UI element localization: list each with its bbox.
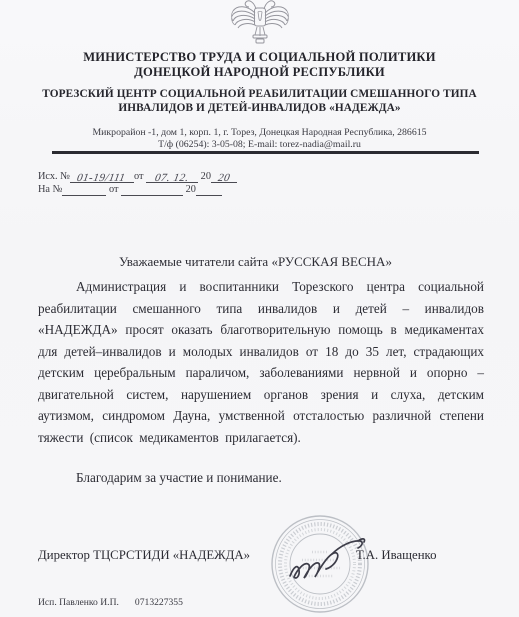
outgoing-from-label: от (134, 171, 144, 182)
executor-line: Исп. Павленко И.П.0713227355 (38, 597, 183, 608)
scanned-letter-page: МИНИСТЕРСТВО ТРУДА И СОЦИАЛЬНОЙ ПОЛИТИКИ… (0, 0, 519, 617)
contacts-line: Т/ф (06254): 3-05-08; E-mail: torez-nadi… (0, 139, 519, 151)
address-line: Микрорайон -1, дом 1, корп. 1, г. Торез,… (0, 127, 519, 139)
address-block: Микрорайон -1, дом 1, корп. 1, г. Торез,… (0, 127, 519, 151)
executor-name: Исп. Павленко И.П. (38, 597, 119, 608)
reference-block: Исх. №01-19/111от 07. 12. 2020 На № от 2… (38, 170, 237, 196)
outgoing-ref-number-handwritten: 01-19/111 (76, 172, 126, 185)
salutation-line: Уважаемые читатели сайта «РУССКАЯ ВЕСНА» (0, 254, 511, 270)
header-divider-rule (52, 151, 479, 154)
incoming-year-printed: 20 (186, 184, 196, 195)
incoming-reference-line: На № от 20 (38, 183, 237, 196)
body-paragraph: Администрация и воспитанники Торезского … (38, 276, 484, 448)
organization-name: ТОРЕЗСКИЙ ЦЕНТР СОЦИАЛЬНОЙ РЕАБИЛИТАЦИИ … (0, 88, 519, 115)
ministry-name-line1: МИНИСТЕРСТВО ТРУДА И СОЦИАЛЬНОЙ ПОЛИТИКИ (0, 50, 519, 65)
outgoing-reference-line: Исх. №01-19/111от 07. 12. 2020 (38, 170, 237, 183)
signer-position-title: Директор ТЦСРСТИДИ «НАДЕЖДА» (38, 548, 250, 563)
executor-phone: 0713227355 (135, 597, 183, 608)
signer-name: Т.А. Иващенко (356, 548, 437, 563)
outgoing-year-printed: 20 (201, 171, 211, 182)
organization-name-line1: ТОРЕЗСКИЙ ЦЕНТР СОЦИАЛЬНОЙ РЕАБИЛИТАЦИИ … (0, 88, 519, 102)
incoming-from-label: от (109, 184, 119, 195)
incoming-ref-label: На № (38, 184, 62, 195)
ministry-name-line2: ДОНЕЦКОЙ НАРОДНОЙ РЕСПУБЛИКИ (0, 65, 519, 80)
thanks-line: Благодарим за участие и понимание. (38, 470, 484, 486)
outgoing-year-handwritten: 20 (217, 172, 231, 185)
outgoing-date-handwritten: 07. 12. (154, 172, 190, 185)
letterhead: МИНИСТЕРСТВО ТРУДА И СОЦИАЛЬНОЙ ПОЛИТИКИ… (0, 50, 519, 151)
outgoing-ref-label: Исх. № (38, 171, 70, 182)
organization-name-line2: ИНВАЛИДОВ И ДЕТЕЙ-ИНВАЛИДОВ «НАДЕЖДА» (0, 102, 519, 116)
ink-signature (290, 539, 365, 578)
dnr-coat-of-arms-icon (225, 0, 295, 47)
